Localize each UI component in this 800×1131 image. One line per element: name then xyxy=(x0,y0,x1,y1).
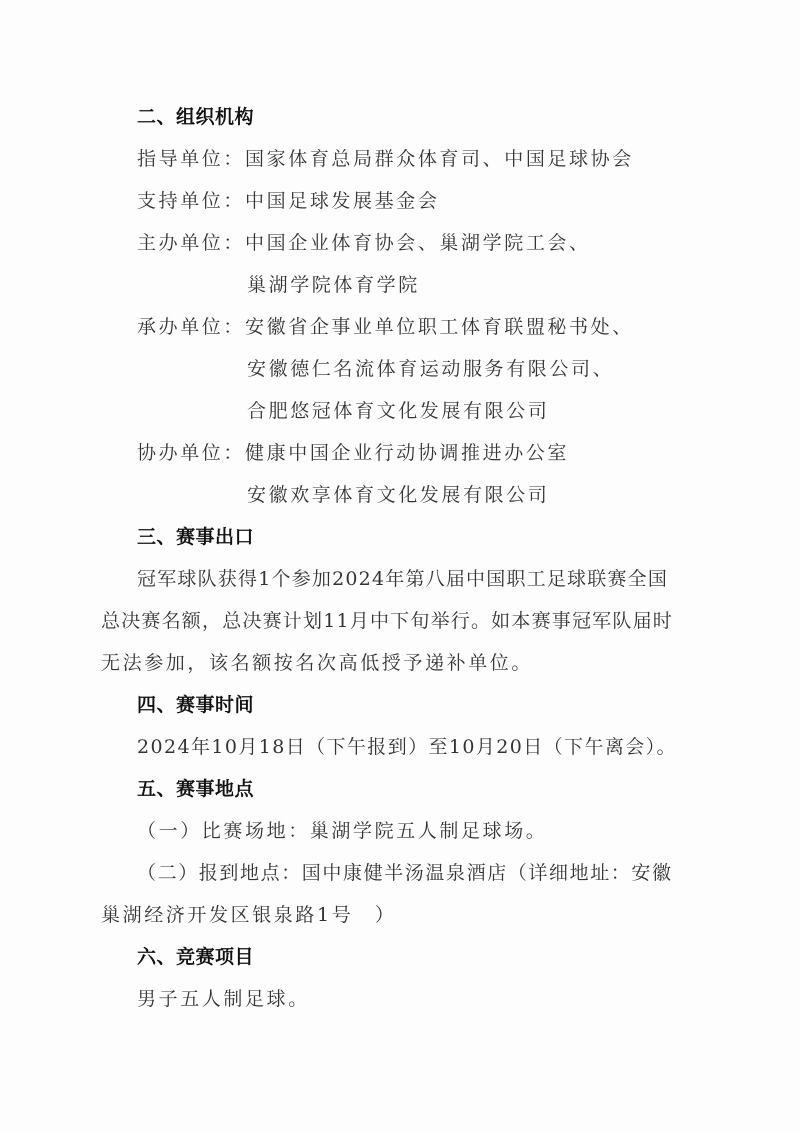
org-label: 指导单位： xyxy=(137,147,245,171)
org-row-guiding: 指导单位：国家体育总局群众体育司、中国足球协会 xyxy=(137,147,634,171)
outlet-paragraph-line: 冠军球队获得1个参加2024年第八届中国职工足球联赛全国 xyxy=(137,567,668,591)
org-row-host: 主办单位：中国企业体育协会、巢湖学院工会、 xyxy=(137,231,591,255)
document-page: 二、组织机构 指导单位：国家体育总局群众体育司、中国足球协会 支持单位：中国足球… xyxy=(0,0,800,1131)
org-row-coorganizer: 协办单位：健康中国企业行动协调推进办公室 xyxy=(137,441,569,465)
event-text: 男子五人制足球。 xyxy=(137,987,310,1011)
org-label: 承办单位： xyxy=(137,315,245,339)
location-checkin-continuation: 巢湖经济开发区银泉路1号 ） xyxy=(101,903,397,927)
org-label: 支持单位： xyxy=(137,189,245,213)
org-label: 协办单位： xyxy=(137,441,245,465)
outlet-paragraph-line: 总决赛名额，总决赛计划11月中下旬举行。如本赛事冠军队届时 xyxy=(101,609,673,633)
org-value: 中国企业体育协会、巢湖学院工会、 xyxy=(245,231,591,255)
section-heading-event: 六、竞赛项目 xyxy=(137,945,254,969)
org-label: 主办单位： xyxy=(137,231,245,255)
org-value-continuation: 巢湖学院体育学院 xyxy=(247,273,420,297)
outlet-paragraph-line: 无法参加，该名额按名次高低授予递补单位。 xyxy=(101,651,533,675)
location-venue: （一）比赛场地：巢湖学院五人制足球场。 xyxy=(137,819,547,843)
section-heading-location: 五、赛事地点 xyxy=(137,777,254,801)
location-checkin: （二）报到地点：国中康健半汤温泉酒店（详细地址：安徽 xyxy=(137,861,673,885)
org-row-support: 支持单位：中国足球发展基金会 xyxy=(137,189,439,213)
section-heading-outlet: 三、赛事出口 xyxy=(137,525,254,549)
section-heading-time: 四、赛事时间 xyxy=(137,693,254,717)
org-value: 安徽省企事业单位职工体育联盟秘书处、 xyxy=(245,315,634,339)
org-value: 中国足球发展基金会 xyxy=(245,189,439,213)
org-row-organizer: 承办单位：安徽省企事业单位职工体育联盟秘书处、 xyxy=(137,315,634,339)
org-value: 健康中国企业行动协调推进办公室 xyxy=(245,441,569,465)
org-value-continuation: 安徽欢享体育文化发展有限公司 xyxy=(247,483,549,507)
time-text: 2024年10月18日（下午报到）至10月20日（下午离会）。 xyxy=(137,735,677,759)
org-value: 国家体育总局群众体育司、中国足球协会 xyxy=(245,147,634,171)
org-value-continuation: 安徽德仁名流体育运动服务有限公司、 xyxy=(247,357,614,381)
section-heading-organization: 二、组织机构 xyxy=(137,105,254,129)
org-value-continuation: 合肥悠冠体育文化发展有限公司 xyxy=(247,399,549,423)
